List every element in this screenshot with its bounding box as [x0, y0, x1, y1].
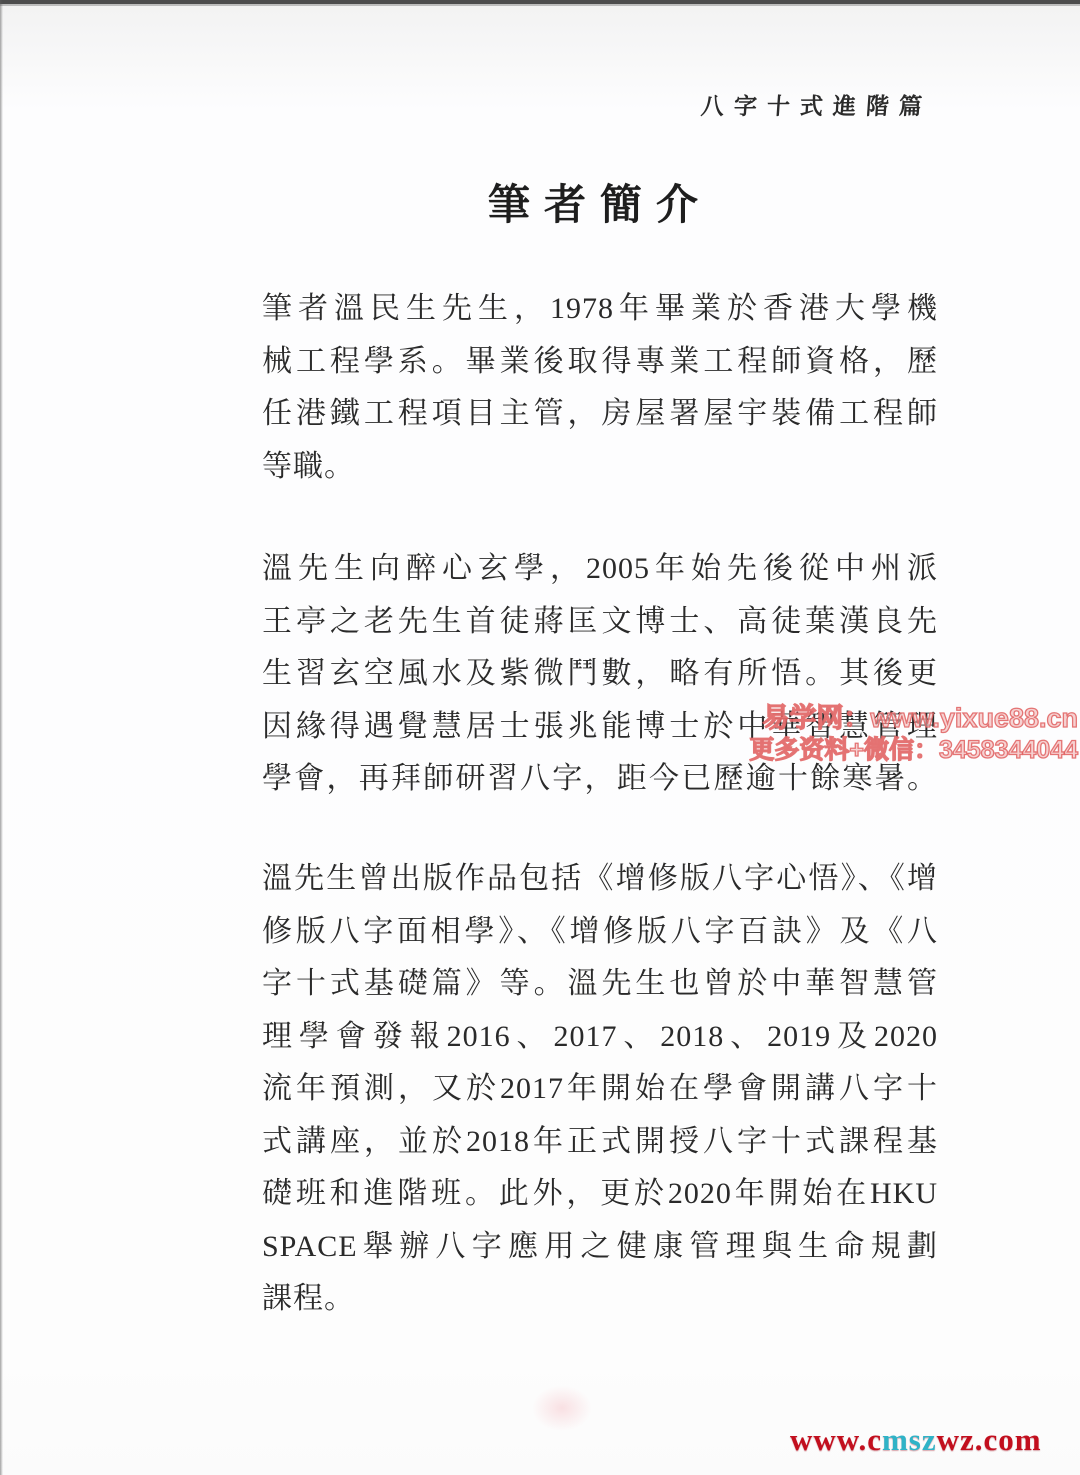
text-line: 式講座，並於2018年正式開授八字十式課程基 [262, 1116, 938, 1169]
text-line: 王亭之老先生首徒蔣匡文博士、高徒葉漢良先 [262, 596, 938, 649]
scan-top-edge-shadow [0, 4, 1080, 6]
text-line: 生習玄空風水及紫微鬥數，略有所悟。其後更 [262, 648, 938, 701]
text-line: 理學會發報2016、2017、2018、2019及2020 [262, 1011, 938, 1064]
footer-url-part: www.c [790, 1422, 882, 1457]
text-line: 溫先生向醉心玄學，2005年始先後從中州派 [262, 543, 938, 596]
footer-site-url: www.cmszwz.com [790, 1422, 1042, 1458]
text-line: 礎班和進階班。此外，更於2020年開始在HKU [262, 1168, 938, 1221]
running-header: 八字十式進階篇 [261, 88, 939, 121]
paragraph-author-career: 筆者溫民生先生，1978年畢業於香港大學機 械工程學系。畢業後取得專業工程師資格… [262, 283, 938, 493]
footer-url-part-teal: msz [882, 1422, 937, 1457]
text-line: 因緣得遇覺慧居士張兆能博士於中華智慧管理 [262, 701, 938, 754]
scan-smudge [532, 1385, 592, 1431]
page-title: 筆者簡介 [262, 172, 938, 232]
text-line: 修版八字面相學》、《增修版八字百訣》及《八 [262, 906, 938, 959]
text-line: 筆者溫民生先生，1978年畢業於香港大學機 [262, 283, 938, 336]
text-line: 任港鐵工程項目主管，房屋署屋宇裝備工程師 [262, 388, 938, 441]
text-line: 等職。 [262, 441, 938, 494]
text-line: 械工程學系。畢業後取得專業工程師資格，歷 [262, 336, 938, 389]
paragraph-metaphysics-study: 溫先生向醉心玄學，2005年始先後從中州派 王亭之老先生首徒蔣匡文博士、高徒葉漢… [262, 543, 938, 806]
text-line: 溫先生曾出版作品包括《增修版八字心悟》、《增 [262, 853, 938, 906]
footer-url-part: wz.com [937, 1422, 1042, 1457]
scan-left-edge [0, 0, 3, 1475]
scanned-book-page: 八字十式進階篇 筆者簡介 筆者溫民生先生，1978年畢業於香港大學機 械工程學系… [0, 0, 1080, 1475]
text-line: 學會，再拜師研習八字，距今已歷逾十餘寒暑。 [262, 753, 938, 806]
text-line: 字十式基礎篇》等。溫先生也曾於中華智慧管 [262, 958, 938, 1011]
text-line: 流年預測，又於2017年開始在學會開講八字十 [262, 1063, 938, 1116]
text-line: SPACE舉辦八字應用之健康管理與生命規劃 [262, 1221, 938, 1274]
paragraph-publications: 溫先生曾出版作品包括《增修版八字心悟》、《增 修版八字面相學》、《增修版八字百訣… [262, 853, 938, 1326]
text-line: 課程。 [262, 1273, 938, 1326]
